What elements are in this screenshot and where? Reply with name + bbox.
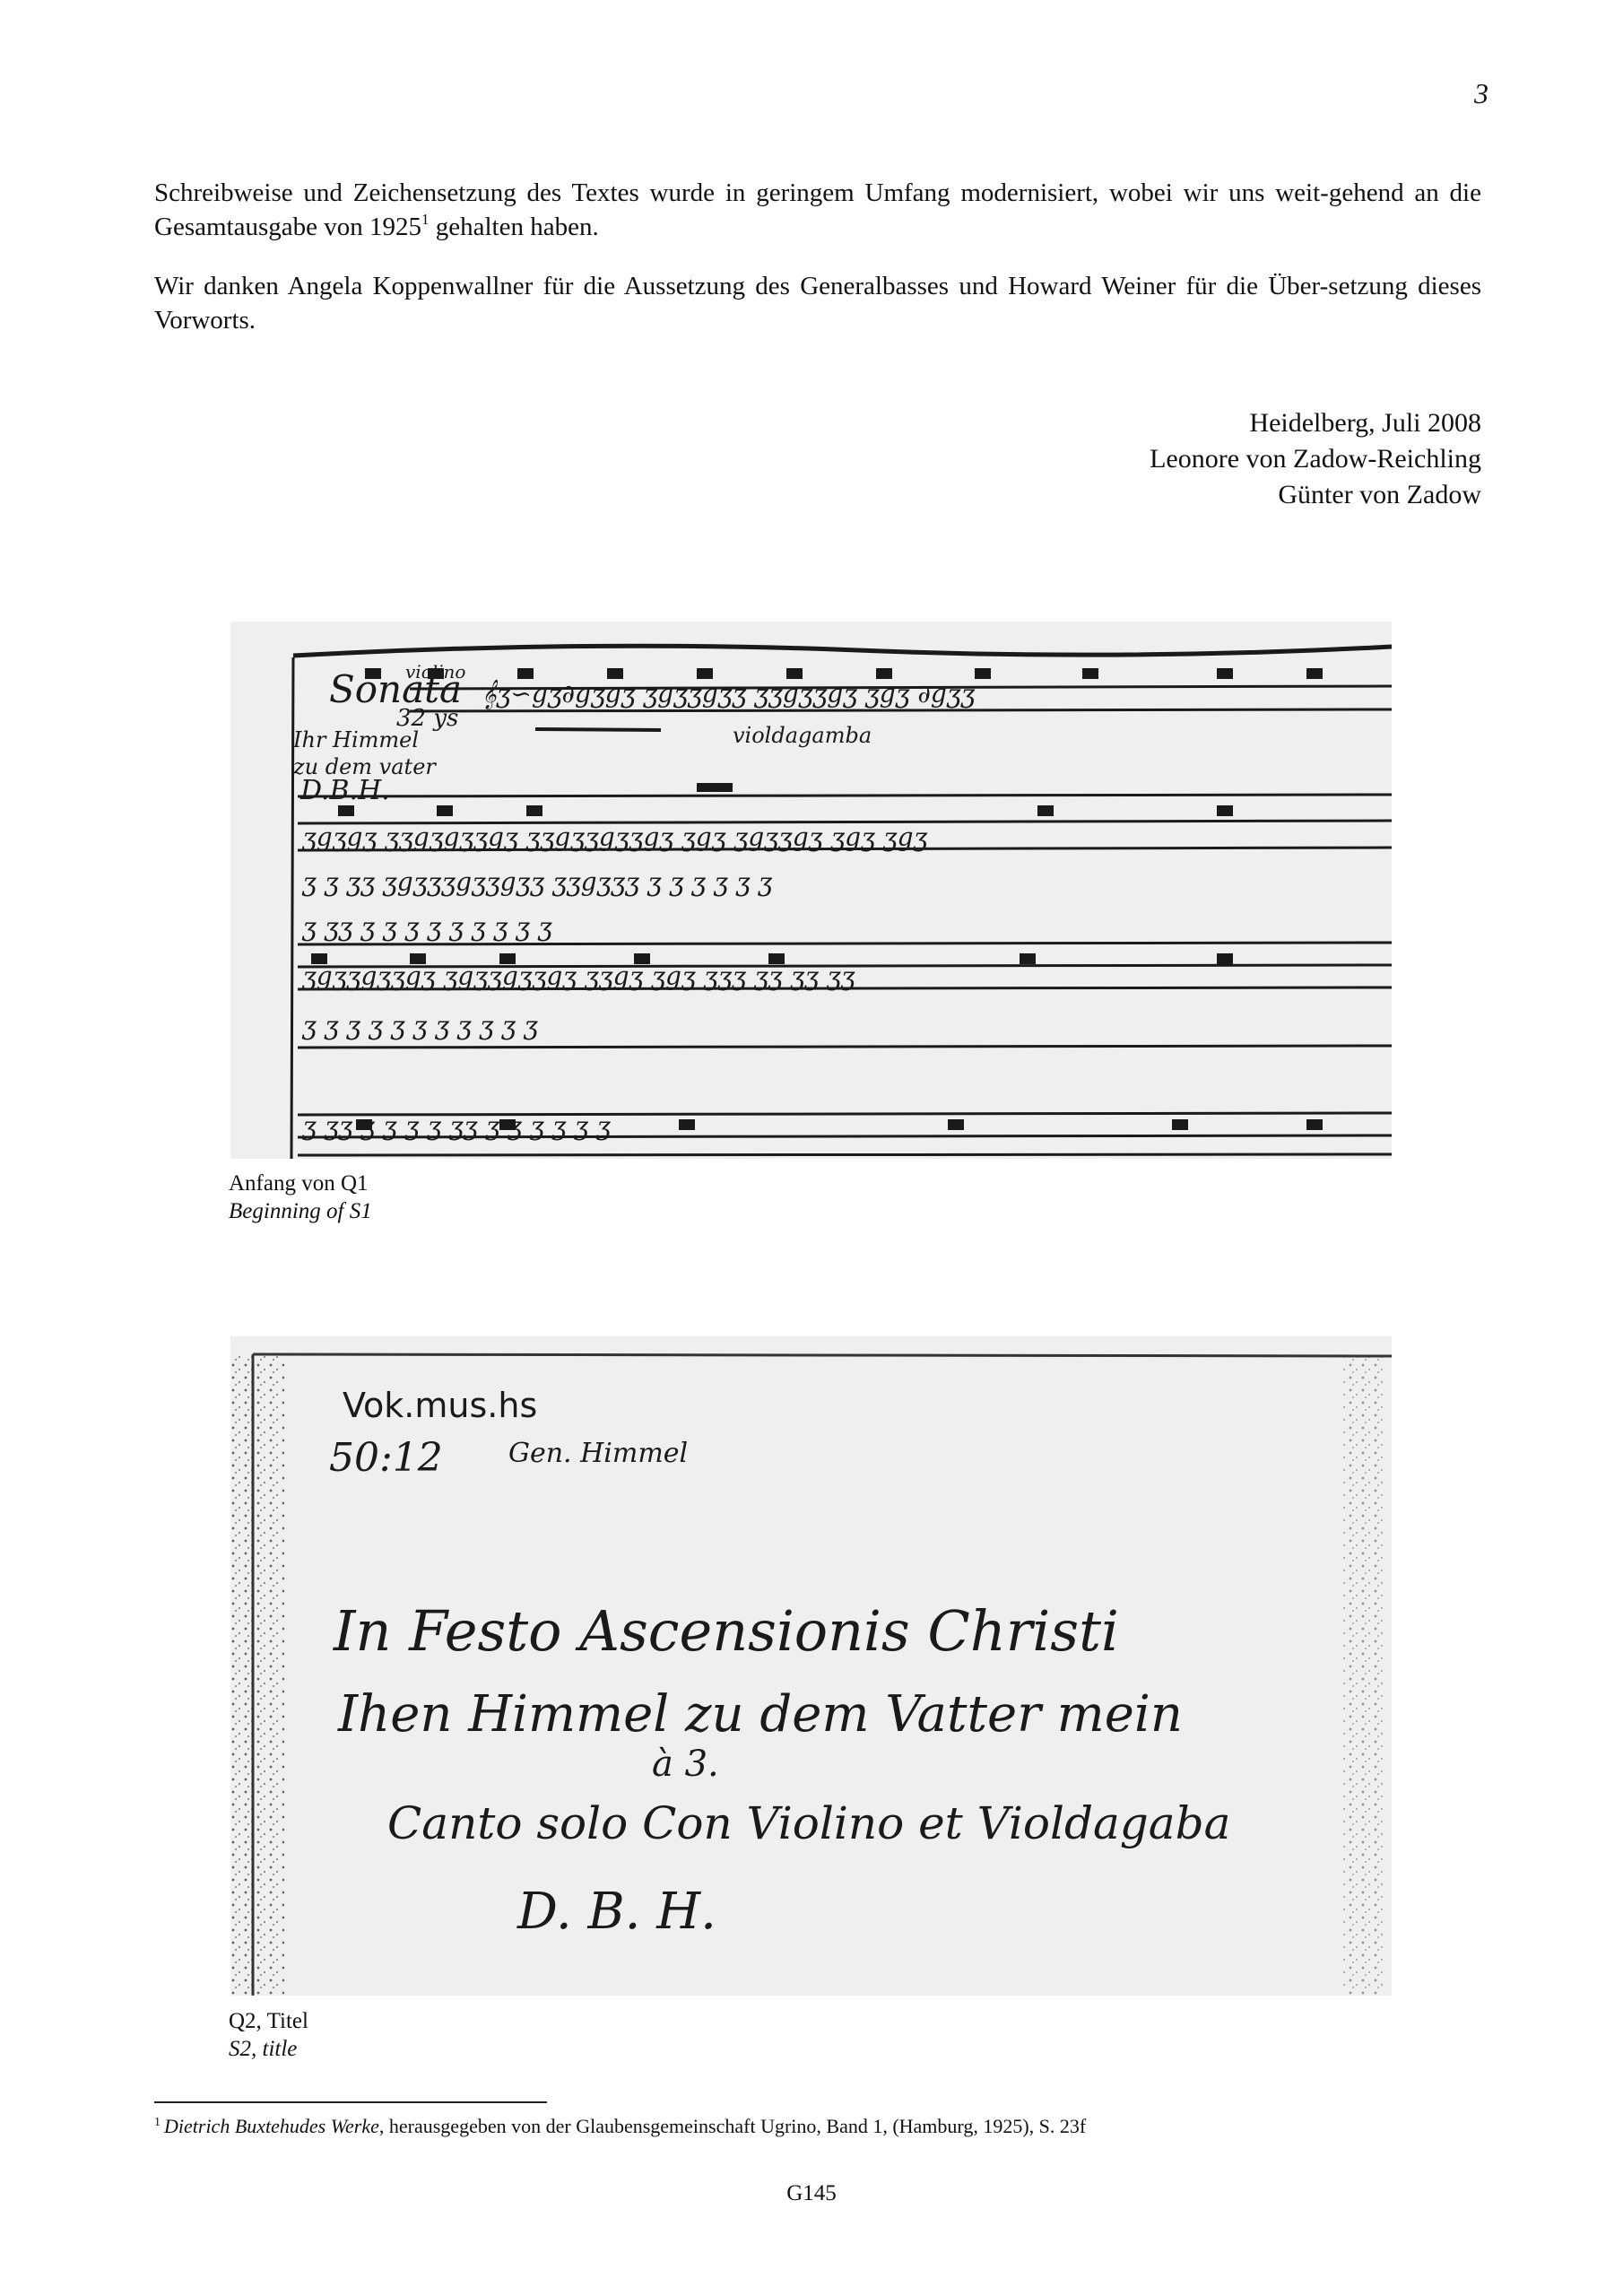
author-name: Leonore von Zadow-Reichling [1150, 441, 1481, 477]
svg-text:ʒ ʒʒ ʒ ʒ ʒ ʒ ʒ ʒ ʒ ʒ ʒ: ʒ ʒʒ ʒ ʒ ʒ ʒ ʒ ʒ ʒ ʒ ʒ [301, 912, 552, 942]
svg-text:Gen. Himmel: Gen. Himmel [508, 1438, 688, 1469]
svg-text:ʒ ʒ ʒʒ ʒgʒʒʒgʒʒgʒʒ ʒʒgʒʒʒ ʒ ʒ: ʒ ʒ ʒʒ ʒgʒʒʒgʒʒgʒʒ ʒʒgʒʒʒ ʒ ʒ ʒ ʒ ʒ ʒ [301, 867, 772, 897]
manuscript-title-page-image: Vok.mus.hs 50:12 Gen. Himmel In Festo As… [230, 1336, 1392, 1996]
footnote-work-title: Dietrich Buxtehudes Werke [164, 2115, 379, 2137]
place-date: Heidelberg, Juli 2008 [1150, 405, 1481, 441]
page-code: G145 [0, 2181, 1623, 2206]
footnote-marker: 1 [154, 2116, 161, 2129]
figure-caption: Q2, Titel S2, title [229, 2007, 308, 2063]
manuscript-line: à 3. [652, 1744, 719, 1785]
paragraph-text: gehalten haben. [430, 213, 599, 241]
caption-english: S2, title [229, 2035, 308, 2063]
svg-text:D.B.H.: D.B.H. [299, 775, 390, 806]
svg-text:ʒ ʒʒ ʒ ʒ ʒ ʒ ʒʒ ʒ ʒ ʒ ʒ ʒ ʒ: ʒ ʒʒ ʒ ʒ ʒ ʒ ʒʒ ʒ ʒ ʒ ʒ ʒ ʒ [301, 1111, 611, 1141]
manuscript-score-image: Sonata 32 ys violino violdagamba Ihr Him… [230, 622, 1392, 1159]
footnote-separator [154, 2101, 547, 2103]
paragraph-orthography: Schreibweise und Zeichensetzung des Text… [154, 176, 1481, 244]
caption-german: Q2, Titel [229, 2007, 308, 2035]
paragraph-text: Schreibweise und Zeichensetzung des Text… [154, 178, 1481, 241]
manuscript-line: In Festo Ascensionis Christi [333, 1598, 1119, 1664]
signature-block: Heidelberg, Juli 2008 Leonore von Zadow-… [1150, 405, 1481, 513]
footnote: 1Dietrich Buxtehudes Werke, herausgegebe… [154, 2114, 1086, 2139]
page-number: 3 [1435, 77, 1488, 110]
title-page-facsimile-graphic: Vok.mus.hs 50:12 Gen. Himmel In Festo As… [230, 1336, 1392, 1996]
score-facsimile-graphic: Sonata 32 ys violino violdagamba Ihr Him… [230, 622, 1392, 1159]
svg-text:ʒgʒgʒ ʒʒgʒgʒʒgʒ ʒʒgʒʒgʒʒgʒ ʒgʒ: ʒgʒgʒ ʒʒgʒgʒʒgʒ ʒʒgʒʒgʒʒgʒ ʒgʒ ʒgʒʒgʒ ʒg… [301, 822, 928, 852]
svg-text:Ihr Himmel: Ihr Himmel [292, 727, 419, 752]
svg-text:ʒgʒʒgʒʒgʒ ʒgʒʒgʒʒgʒ ʒʒgʒ ʒgʒ ʒ: ʒgʒʒgʒʒgʒ ʒgʒʒgʒʒgʒ ʒʒgʒ ʒgʒ ʒʒʒ ʒʒ ʒʒ ʒ… [301, 961, 855, 991]
svg-text:violdagamba: violdagamba [733, 723, 872, 748]
svg-text:𝄞ʒ∽gʒ∂gʒgʒ ʒgʒʒgʒʒ ʒʒgʒʒgʒ ʒg: 𝄞ʒ∽gʒ∂gʒgʒ ʒgʒʒgʒʒ ʒʒgʒʒgʒ ʒgʒ ∂gʒʒ [482, 679, 976, 710]
manuscript-line: Canto solo Con Violino et Violdagaba [387, 1797, 1230, 1849]
svg-text:ʒ ʒ ʒ ʒ ʒ ʒ ʒ ʒ ʒ ʒ ʒ: ʒ ʒ ʒ ʒ ʒ ʒ ʒ ʒ ʒ ʒ ʒ [301, 1011, 538, 1040]
paragraph-acknowledgements: Wir danken Angela Koppenwallner für die … [154, 269, 1481, 337]
figure-caption: Anfang von Q1 Beginning of S1 [229, 1170, 372, 1225]
caption-english: Beginning of S1 [229, 1197, 372, 1225]
footnote-text: , herausgegeben von der Glaubensgemeinsc… [379, 2115, 1086, 2137]
shelfmark: Vok.mus.hs [343, 1386, 537, 1425]
caption-german: Anfang von Q1 [229, 1170, 372, 1197]
author-name: Günter von Zadow [1150, 477, 1481, 513]
manuscript-line: D. B. H. [516, 1883, 716, 1941]
footnote-reference[interactable]: 1 [421, 211, 430, 228]
manuscript-line: Ihen Himmel zu dem Vatter mein [337, 1685, 1183, 1744]
svg-text:50:12: 50:12 [329, 1435, 443, 1481]
